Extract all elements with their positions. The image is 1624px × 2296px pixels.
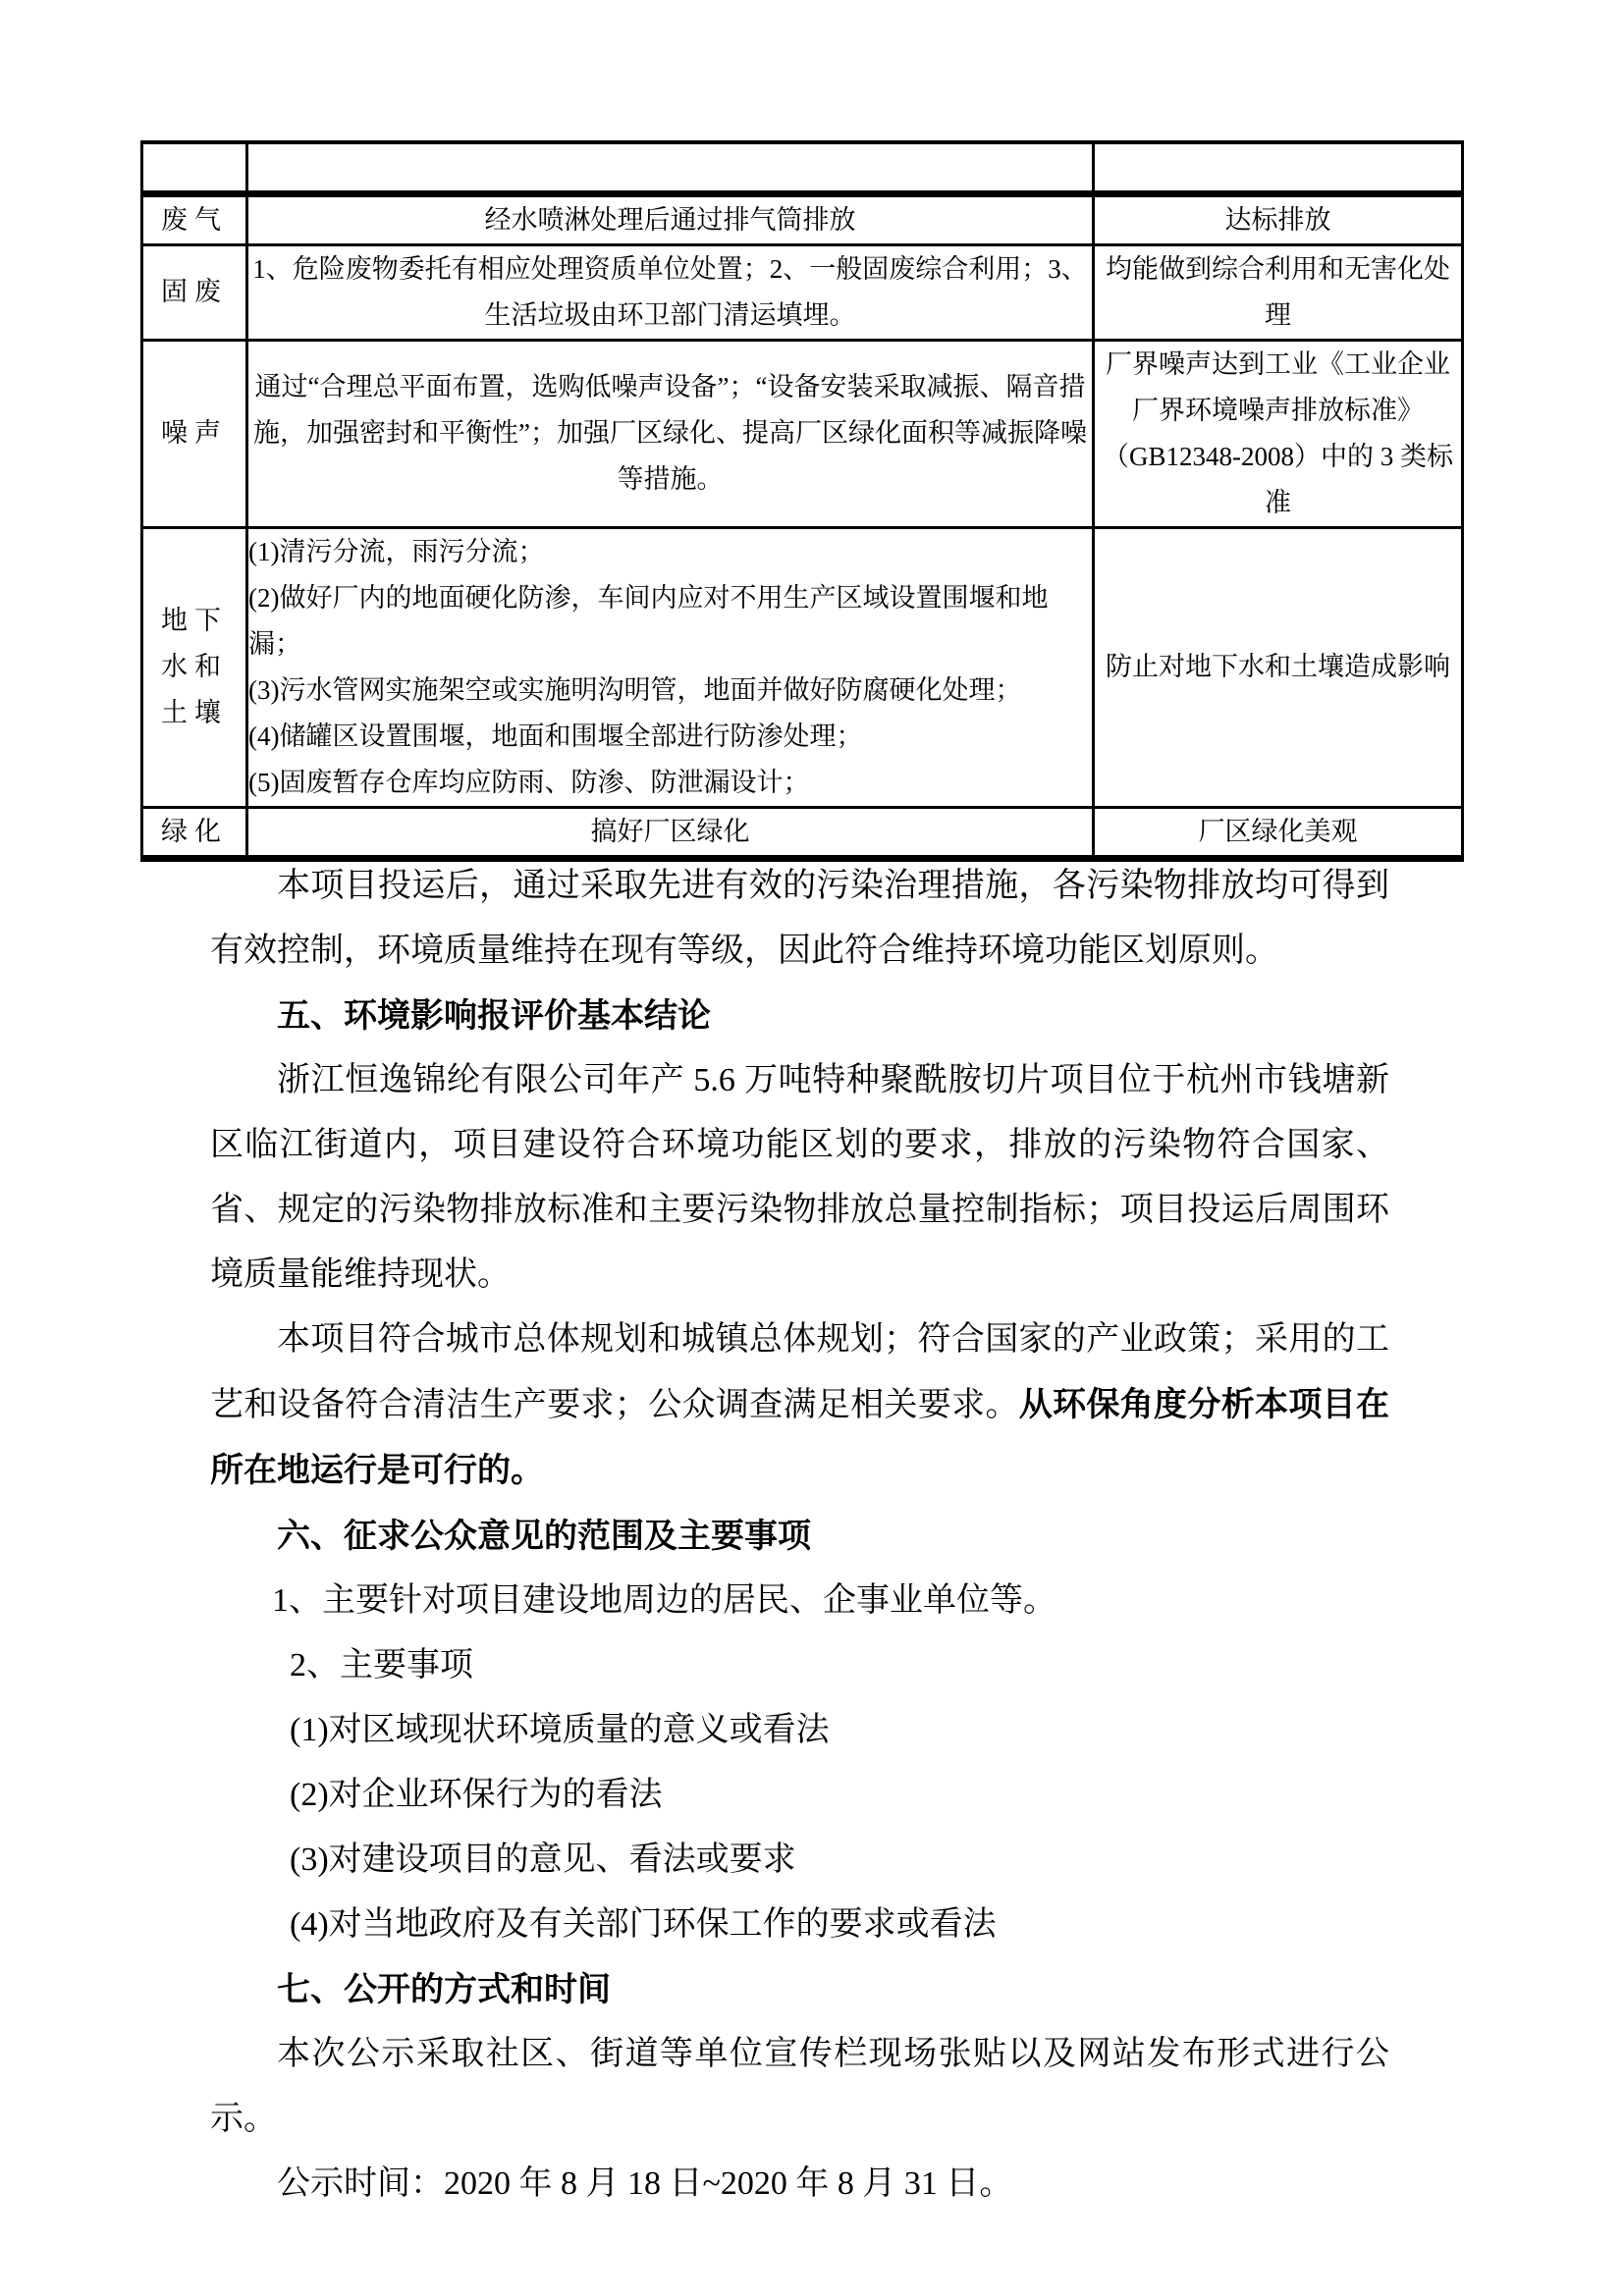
row-content: 搞好厂区绿化: [247, 807, 1094, 858]
row-content: [247, 142, 1094, 193]
paragraph-publicity-method: 本次公示采取社区、街道等单位宣传栏现场张贴以及网站发布形式进行公示。: [210, 2022, 1389, 2152]
row-content: 通过“合理总平面布置，选购低噪声设备”；“设备安装采取减振、隔音措施，加强密封和…: [247, 340, 1094, 527]
paragraph-project-compliance: 浙江恒逸锦纶有限公司年产 5.6 万吨特种聚酰胺切片项目位于杭州市钱塘新区临江街…: [210, 1048, 1389, 1308]
table-row-continuation: [142, 142, 1463, 193]
pollution-control-table: 废气 经水喷淋处理后通过排气筒排放 达标排放 固废 1、危险废物委托有相应处理资…: [140, 140, 1464, 862]
table-row-noise: 噪声 通过“合理总平面布置，选购低噪声设备”；“设备安装采取减振、隔音措施，加强…: [142, 340, 1463, 527]
opinion-scope-item: (4)对当地政府及有关部门环保工作的要求或看法: [210, 1893, 1389, 1957]
row-content: 1、危险废物委托有相应处理资质单位处置；2、一般固废综合利用；3、生活垃圾由环卫…: [247, 244, 1094, 340]
opinion-scope-item: (1)对区域现状环境质量的意义或看法: [210, 1698, 1389, 1763]
row-result: 厂区绿化美观: [1094, 807, 1463, 858]
paragraph-conclusion-summary: 本项目投运后，通过采取先进有效的污染治理措施，各污染物排放均可得到有效控制，环境…: [210, 854, 1389, 984]
row-content: 经水喷淋处理后通过排气筒排放: [247, 193, 1094, 244]
row-label-line: 土壤: [143, 690, 245, 736]
row-result: 均能做到综合利用和无害化处理: [1094, 244, 1463, 340]
table-row-solid-waste: 固废 1、危险废物委托有相应处理资质单位处置；2、一般固废综合利用；3、生活垃圾…: [142, 244, 1463, 340]
row-result: 防止对地下水和土壤造成影响: [1094, 527, 1463, 807]
row-label-line: 水和: [143, 644, 245, 690]
row-label: 噪声: [142, 340, 247, 527]
row-content: (1)清污分流，雨污分流； (2)做好厂内的地面硬化防渗，车间内应对不用生产区域…: [247, 527, 1094, 807]
measure-item: (4)储罐区设置围堰，地面和围堰全部进行防渗处理；: [248, 714, 1092, 760]
measure-item: (3)污水管网实施架空或实施明沟明管，地面并做好防腐硬化处理；: [248, 667, 1092, 714]
table-row-waste-gas: 废气 经水喷淋处理后通过排气筒排放 达标排放: [142, 193, 1463, 244]
measure-item: (5)固废暂存仓库均应防雨、防渗、防泄漏设计；: [248, 760, 1092, 806]
measure-item: (1)清污分流，雨污分流；: [248, 529, 1092, 575]
row-label: 绿化: [142, 807, 247, 858]
row-result: 达标排放: [1094, 193, 1463, 244]
section-heading-6: 六、征求公众意见的范围及主要事项: [210, 1504, 1389, 1569]
row-label: 地下 水和 土壤: [142, 527, 247, 807]
document-page: 废气 经水喷淋处理后通过排气筒排放 达标排放 固废 1、危险废物委托有相应处理资…: [0, 0, 1624, 2296]
measure-item: (2)做好厂内的地面硬化防渗，车间内应对不用生产区域设置围堰和地漏；: [248, 575, 1092, 667]
paragraph-publicity-period: 公示时间：2020 年 8 月 18 日~2020 年 8 月 31 日。: [210, 2152, 1389, 2216]
row-result: 厂界噪声达到工业《工业企业厂界环境噪声排放标准》（GB12348-2008）中的…: [1094, 340, 1463, 527]
table-row-groundwater-soil: 地下 水和 土壤 (1)清污分流，雨污分流； (2)做好厂内的地面硬化防渗，车间…: [142, 527, 1463, 807]
opinion-scope-item: (2)对企业环保行为的看法: [210, 1763, 1389, 1828]
row-label: [142, 142, 247, 193]
section-heading-7: 七、公开的方式和时间: [210, 1957, 1389, 2022]
section-heading-5: 五、环境影响报评价基本结论: [210, 984, 1389, 1048]
opinion-scope-item: 1、主要针对项目建设地周边的居民、企事业单位等。: [210, 1569, 1389, 1633]
table-row-greening: 绿化 搞好厂区绿化 厂区绿化美观: [142, 807, 1463, 858]
row-label: 固废: [142, 244, 247, 340]
row-label-line: 地下: [143, 598, 245, 644]
opinion-scope-item: 2、主要事项: [210, 1633, 1389, 1698]
row-result: [1094, 142, 1463, 193]
row-label: 废气: [142, 193, 247, 244]
body-text: 本项目投运后，通过采取先进有效的污染治理措施，各污染物排放均可得到有效控制，环境…: [210, 854, 1389, 2216]
opinion-scope-item: (3)对建设项目的意见、看法或要求: [210, 1828, 1389, 1893]
paragraph-feasibility: 本项目符合城市总体规划和城镇总体规划；符合国家的产业政策；采用的工艺和设备符合清…: [210, 1308, 1389, 1504]
